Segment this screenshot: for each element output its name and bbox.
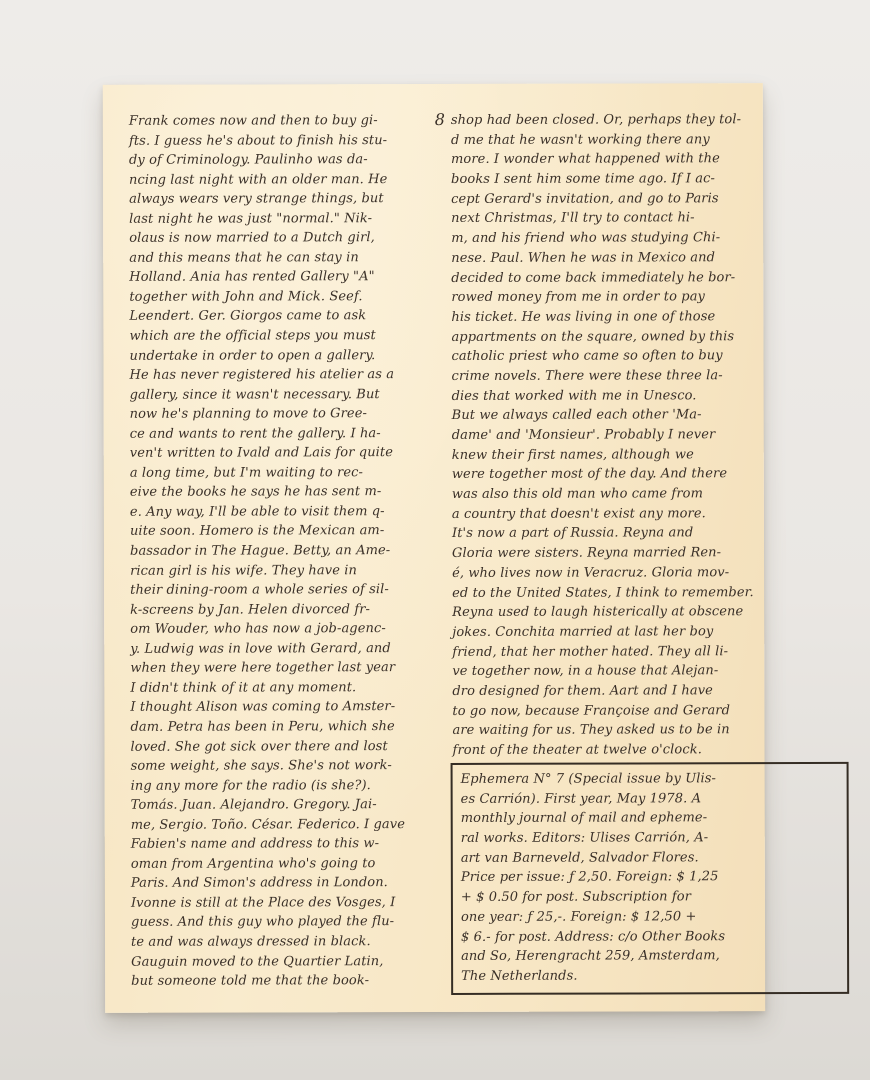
right-text-column: shop had been closed. Or, perhaps they t… <box>451 110 753 760</box>
handwritten-text-line: dro designed for them. Aart and I have <box>452 681 752 701</box>
handwritten-text-line: their dining-room a whole series of sil- <box>130 580 432 600</box>
handwritten-text-line: shop had been closed. Or, perhaps they t… <box>451 110 751 130</box>
handwritten-text-line: one year: ƒ 25,-. Foreign: $ 12,50 + <box>461 907 839 928</box>
handwritten-text-line: last night he was just "normal." Nik- <box>129 209 431 229</box>
handwritten-text-line: are waiting for us. They asked us to be … <box>452 720 752 740</box>
handwritten-text-line: jokes. Conchita married at last her boy <box>452 622 752 642</box>
handwritten-text-line: é, who lives now in Veracruz. Gloria mov… <box>452 563 752 583</box>
handwritten-text-line: more. I wonder what happened with the <box>451 150 751 170</box>
handwritten-text-line: loved. She got sick over there and lost <box>130 737 432 757</box>
handwritten-text-line: Tomás. Juan. Alejandro. Gregory. Jai- <box>131 795 433 815</box>
handwritten-text-line: dy of Criminology. Paulinho was da- <box>129 150 431 170</box>
handwritten-text-line: nese. Paul. When he was in Mexico and <box>451 248 751 268</box>
handwritten-text-line: te and was always dressed in black. <box>131 932 433 952</box>
handwritten-text-line: es Carrión). First year, May 1978. A <box>461 789 839 810</box>
handwritten-text-line: his ticket. He was living in one of thos… <box>451 307 751 327</box>
handwritten-text-line: a long time, but I'm waiting to rec- <box>130 463 432 483</box>
handwritten-text-line: decided to come back immediately he bor- <box>451 268 751 288</box>
handwritten-text-line: oman from Argentina who's going to <box>131 854 433 874</box>
handwritten-text-line: fts. I guess he's about to finish his st… <box>129 131 431 151</box>
handwritten-text-line: It's now a part of Russia. Reyna and <box>452 524 752 544</box>
photo-background: 8 Frank comes now and then to buy gi-fts… <box>0 0 870 1080</box>
handwritten-text-line: undertake in order to open a gallery. <box>129 346 431 366</box>
handwritten-text-line: eive the books he says he has sent m- <box>130 482 432 502</box>
handwritten-text-line: k-screens by Jan. Helen divorced fr- <box>130 600 432 620</box>
handwritten-text-line: Reyna used to laugh histerically at obsc… <box>452 602 752 622</box>
handwritten-text-line: were together most of the day. And there <box>452 465 752 485</box>
handwritten-text-line: olaus is now married to a Dutch girl, <box>129 228 431 248</box>
left-text-column: Frank comes now and then to buy gi-fts. … <box>129 111 433 991</box>
handwritten-text-line: front of the theater at twelve o'clock. <box>453 740 753 760</box>
handwritten-text-line: Fabien's name and address to this w- <box>131 834 433 854</box>
handwritten-text-line: Gloria were sisters. Reyna married Ren- <box>452 543 752 563</box>
handwritten-text-line: dame' and 'Monsieur'. Probably I never <box>452 425 752 445</box>
handwritten-text-line: m, and his friend who was studying Chi- <box>451 228 751 248</box>
handwritten-text-line: guess. And this guy who played the flu- <box>131 912 433 932</box>
handwritten-text-line: ncing last night with an older man. He <box>129 170 431 190</box>
handwritten-text-line: cept Gerard's invitation, and go to Pari… <box>451 189 751 209</box>
handwritten-text-line: to go now, because Françoise and Gerard <box>452 701 752 721</box>
handwritten-text-line: The Netherlands. <box>461 966 839 987</box>
handwritten-text-line: and So, Herengracht 259, Amsterdam, <box>461 946 839 967</box>
handwritten-text-line: d me that he wasn't working there any <box>451 130 751 150</box>
handwritten-text-line: rowed money from me in order to pay <box>451 287 751 307</box>
handwritten-text-line: me, Sergio. Toño. César. Federico. I gav… <box>131 815 433 835</box>
handwritten-text-line: Holland. Ania has rented Gallery "A" <box>129 267 431 287</box>
handwritten-text-line: knew their first names, although we <box>452 445 752 465</box>
handwritten-text-line: Paris. And Simon's address in London. <box>131 873 433 893</box>
handwritten-text-line: ed to the United States, I think to reme… <box>452 583 752 603</box>
handwritten-text-line: He has never registered his atelier as a <box>130 365 432 385</box>
handwritten-text-line: was also this old man who came from <box>452 484 752 504</box>
handwritten-text-line: a country that doesn't exist any more. <box>452 504 752 524</box>
handwritten-text-line: now he's planning to move to Gree- <box>130 404 432 424</box>
handwritten-text-line: ce and wants to rent the gallery. I ha- <box>130 424 432 444</box>
handwritten-text-line: ven't written to Ivald and Lais for quit… <box>130 443 432 463</box>
handwritten-text-line: y. Ludwig was in love with Gerard, and <box>130 639 432 659</box>
handwritten-text-line: dam. Petra has been in Peru, which she <box>130 717 432 737</box>
handwritten-text-line: e. Any way, I'll be able to visit them q… <box>130 502 432 522</box>
handwritten-text-line: appartments on the square, owned by this <box>451 327 751 347</box>
handwritten-text-line: friend, that her mother hated. They all … <box>452 642 752 662</box>
handwritten-text-line: and this means that he can stay in <box>129 248 431 268</box>
handwritten-text-line: I didn't think of it at any moment. <box>130 678 432 698</box>
handwritten-text-line: always wears very strange things, but <box>129 189 431 209</box>
handwritten-text-line: dies that worked with me in Unesco. <box>452 386 752 406</box>
handwritten-text-line: but someone told me that the book- <box>131 971 433 991</box>
handwritten-text-line: books I sent him some time ago. If I ac- <box>451 169 751 189</box>
handwritten-text-line: om Wouder, who has now a job-agenc- <box>130 619 432 639</box>
document-page: 8 Frank comes now and then to buy gi-fts… <box>103 83 765 1013</box>
handwritten-text-line: Frank comes now and then to buy gi- <box>129 111 431 131</box>
handwritten-text-line: which are the official steps you must <box>129 326 431 346</box>
handwritten-text-line: gallery, since it wasn't necessary. But <box>130 385 432 405</box>
page-number: 8 <box>429 110 451 129</box>
handwritten-text-line: I thought Alison was coming to Amster- <box>130 697 432 717</box>
handwritten-text-line: catholic priest who came so often to buy <box>451 346 751 366</box>
handwritten-text-line: + $ 0.50 for post. Subscription for <box>461 887 839 908</box>
handwritten-text-line: ing any more for the radio (is she?). <box>131 776 433 796</box>
handwritten-text-line: rican girl is his wife. They have in <box>130 561 432 581</box>
handwritten-text-line: next Christmas, I'll try to contact hi- <box>451 209 751 229</box>
handwritten-text-line: monthly journal of mail and epheme- <box>461 808 839 829</box>
handwritten-text-line: Leendert. Ger. Giorgos came to ask <box>129 306 431 326</box>
handwritten-text-line: uite soon. Homero is the Mexican am- <box>130 521 432 541</box>
handwritten-text-line: Price per issue: ƒ 2,50. Foreign: $ 1,25 <box>461 867 839 888</box>
handwritten-text-line: ve together now, in a house that Alejan- <box>452 661 752 681</box>
handwritten-text-line: together with John and Mick. Seef. <box>129 287 431 307</box>
handwritten-text-line: art van Barneveld, Salvador Flores. <box>461 848 839 869</box>
handwritten-text-line: But we always called each other 'Ma- <box>452 405 752 425</box>
handwritten-text-line: some weight, she says. She's not work- <box>131 756 433 776</box>
handwritten-text-line: $ 6.- for post. Address: c/o Other Books <box>461 926 839 947</box>
handwritten-text-line: crime novels. There were these three la- <box>452 366 752 386</box>
handwritten-text-line: when they were here together last year <box>130 658 432 678</box>
handwritten-text-line: ral works. Editors: Ulises Carrión, A- <box>461 828 839 849</box>
handwritten-text-line: Ephemera N° 7 (Special issue by Ulis- <box>461 769 839 790</box>
handwritten-text-line: Gauguin moved to the Quartier Latin, <box>131 952 433 972</box>
handwritten-text-line: Ivonne is still at the Place des Vosges,… <box>131 893 433 913</box>
colophon-box: Ephemera N° 7 (Special issue by Ulis-es … <box>451 762 850 995</box>
handwritten-text-line: bassador in The Hague. Betty, an Ame- <box>130 541 432 561</box>
